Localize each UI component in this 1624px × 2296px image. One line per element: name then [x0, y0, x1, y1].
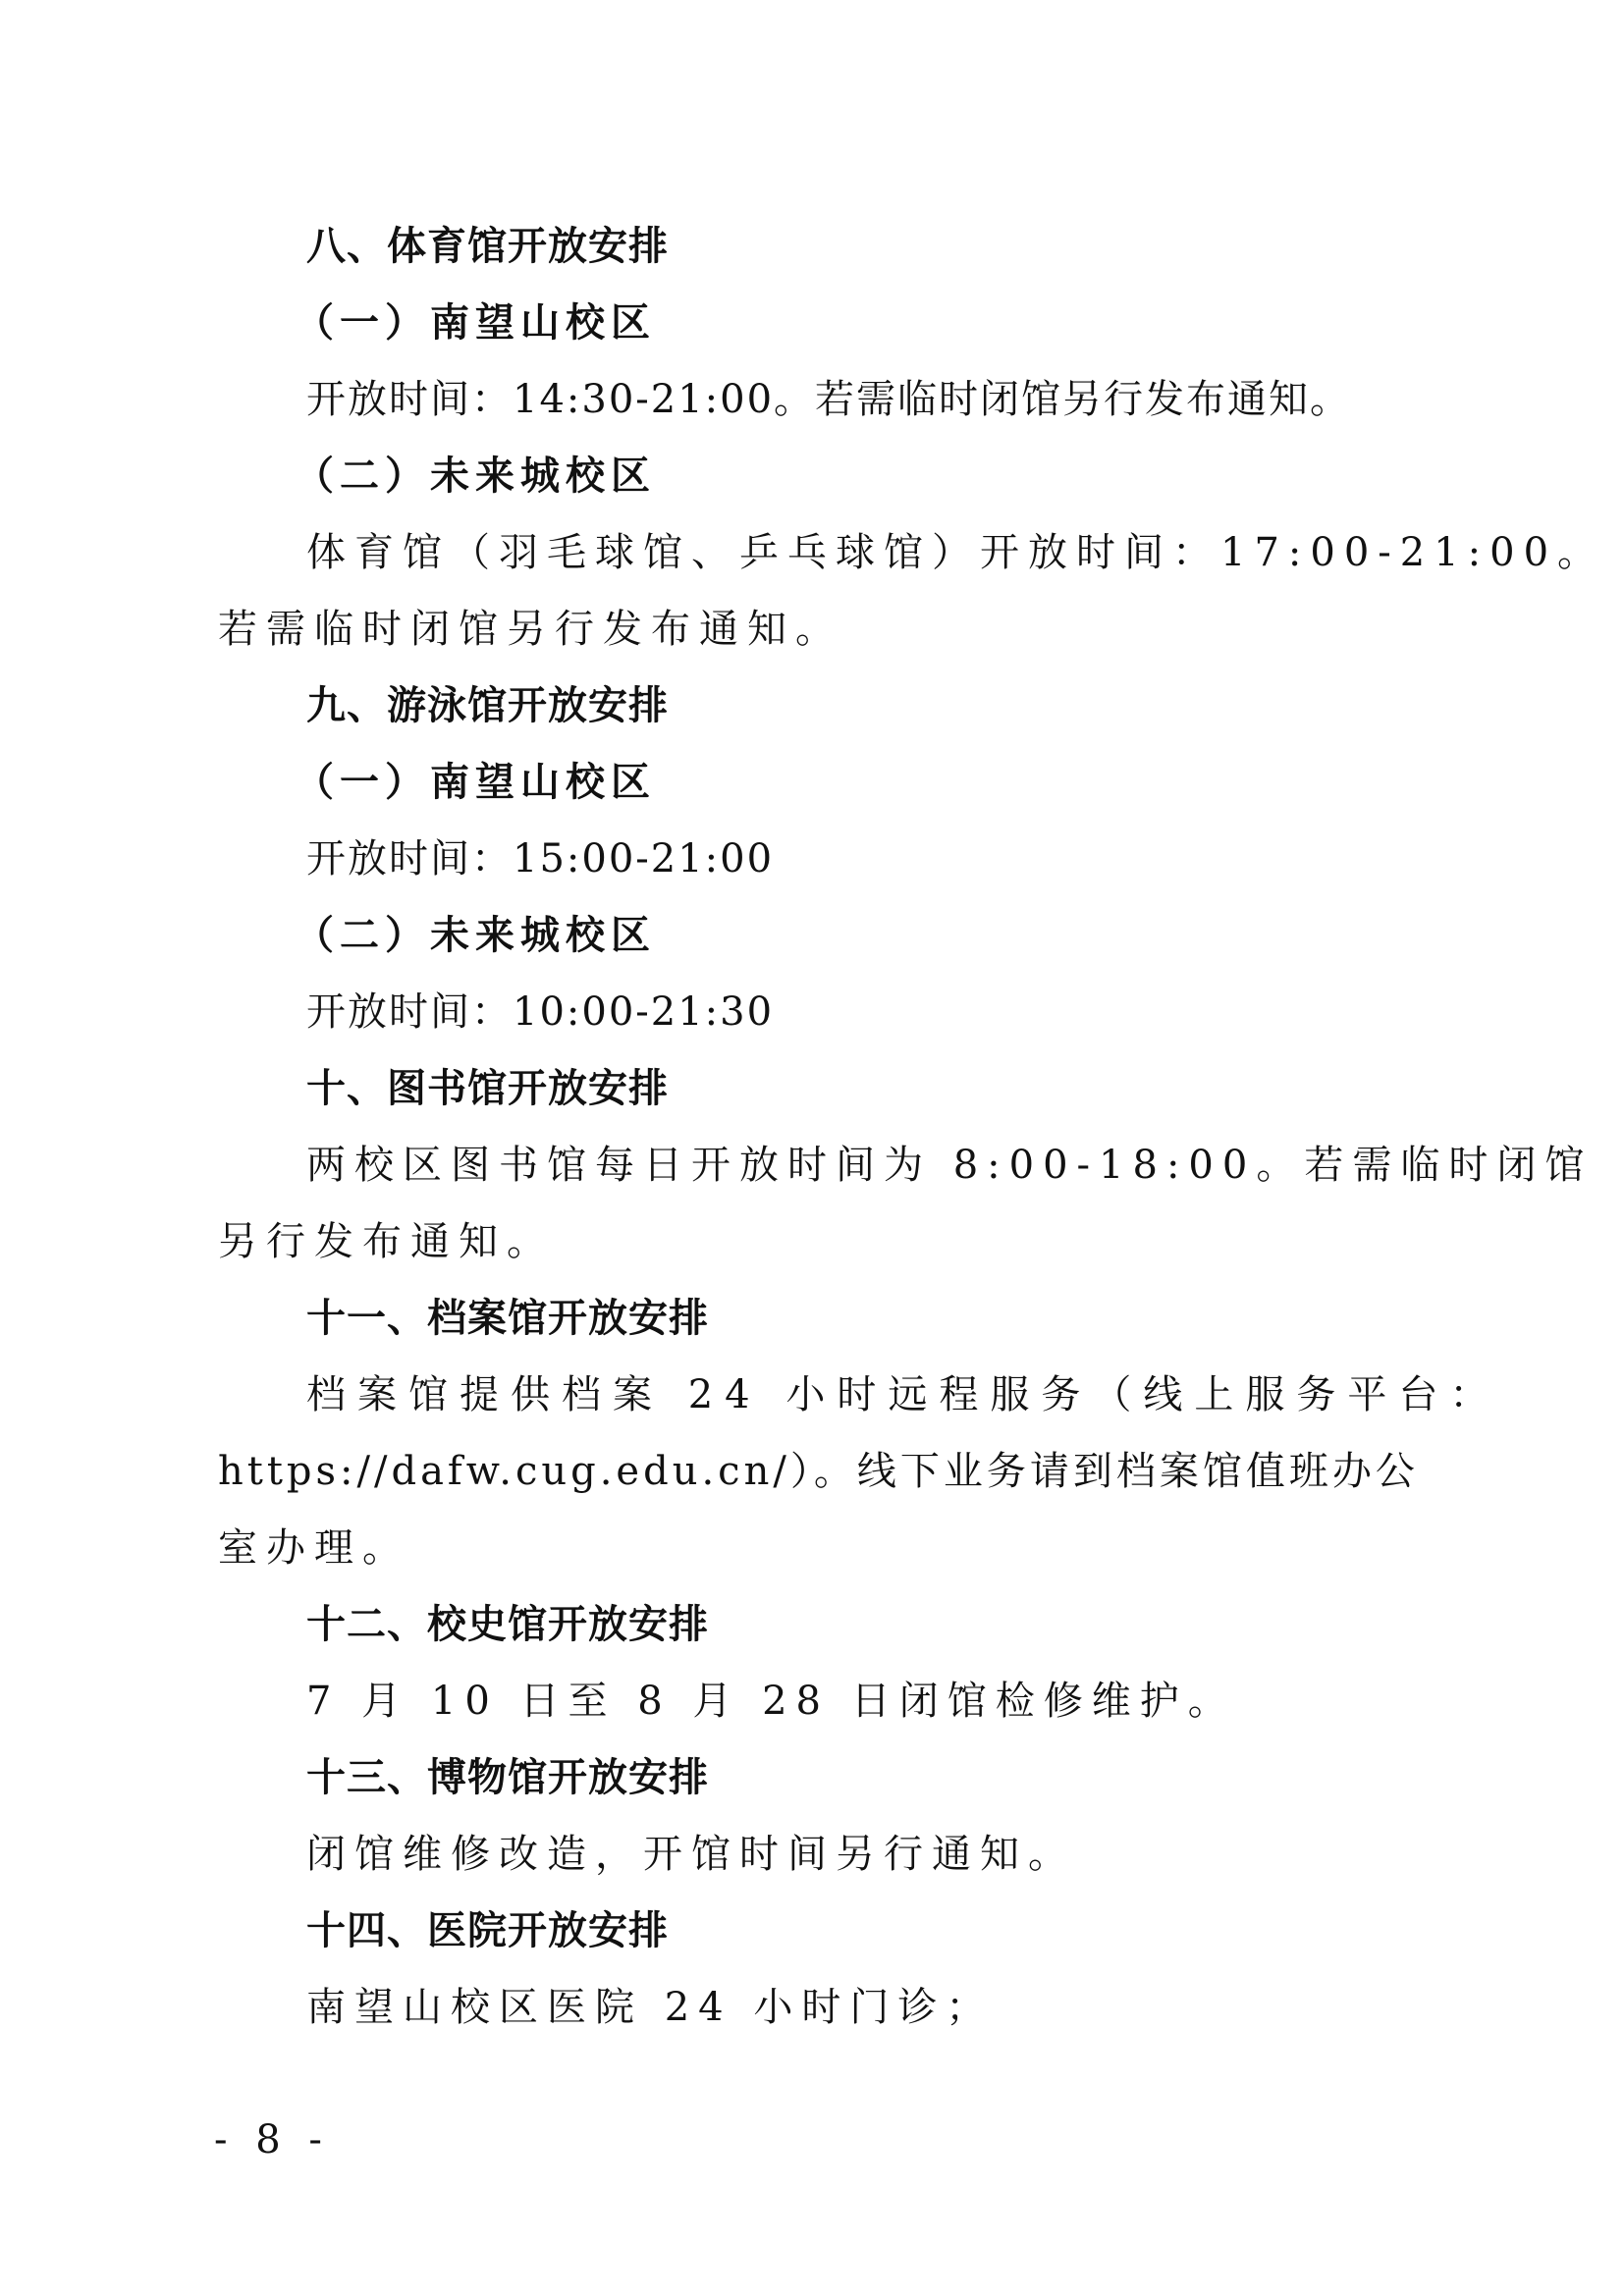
document-page: 八、体育馆开放安排 （一）南望山校区 开放时间：14:30-21:00。若需临时… [0, 0, 1624, 2296]
subheading-nanwangshan: （一）南望山校区 [295, 285, 1492, 361]
history-museum-text: 7 月 10 日至 8 月 28 日闭馆检修维护。 [306, 1663, 1504, 1739]
library-notice: 另行发布通知。 [218, 1203, 1416, 1280]
section-heading-history-museum: 十二、校史馆开放安排 [306, 1586, 1504, 1663]
gym-weilaicheng-hours: 体育馆（羽毛球馆、乒乓球馆）开放时间：17:00-21:00。 [306, 514, 1504, 591]
gym-weilaicheng-notice: 若需临时闭馆另行发布通知。 [218, 591, 1416, 667]
section-heading-gym: 八、体育馆开放安排 [306, 208, 1504, 285]
gym-nanwangshan-hours: 开放时间：14:30-21:00。若需临时闭馆另行发布通知。 [306, 361, 1504, 438]
section-heading-hospital: 十四、医院开放安排 [306, 1893, 1504, 1969]
section-heading-archives: 十一、档案馆开放安排 [306, 1280, 1504, 1357]
library-hours: 两校区图书馆每日开放时间为 8:00-18:00。若需临时闭馆 [306, 1127, 1504, 1203]
archives-text-line3: 室办理。 [218, 1510, 1416, 1586]
subheading-nanwangshan: （一）南望山校区 [295, 744, 1492, 821]
swim-nanwangshan-hours: 开放时间：15:00-21:00 [306, 821, 1504, 897]
section-heading-swimming: 九、游泳馆开放安排 [306, 667, 1504, 744]
archives-text-line1: 档案馆提供档案 24 小时远程服务（线上服务平台： [306, 1357, 1504, 1433]
section-heading-museum: 十三、博物馆开放安排 [306, 1739, 1504, 1816]
subheading-weilaicheng: （二）未来城校区 [295, 438, 1492, 514]
swim-weilaicheng-hours: 开放时间：10:00-21:30 [306, 974, 1504, 1050]
museum-text: 闭馆维修改造，开馆时间另行通知。 [306, 1816, 1504, 1893]
page-number: - 8 - [214, 2110, 330, 2169]
section-heading-library: 十、图书馆开放安排 [306, 1050, 1504, 1127]
hospital-text: 南望山校区医院 24 小时门诊； [306, 1969, 1504, 2046]
archives-text-line2: https://dafw.cug.edu.cn/）。线下业务请到档案馆值班办公 [218, 1433, 1416, 1510]
subheading-weilaicheng: （二）未来城校区 [295, 897, 1492, 974]
